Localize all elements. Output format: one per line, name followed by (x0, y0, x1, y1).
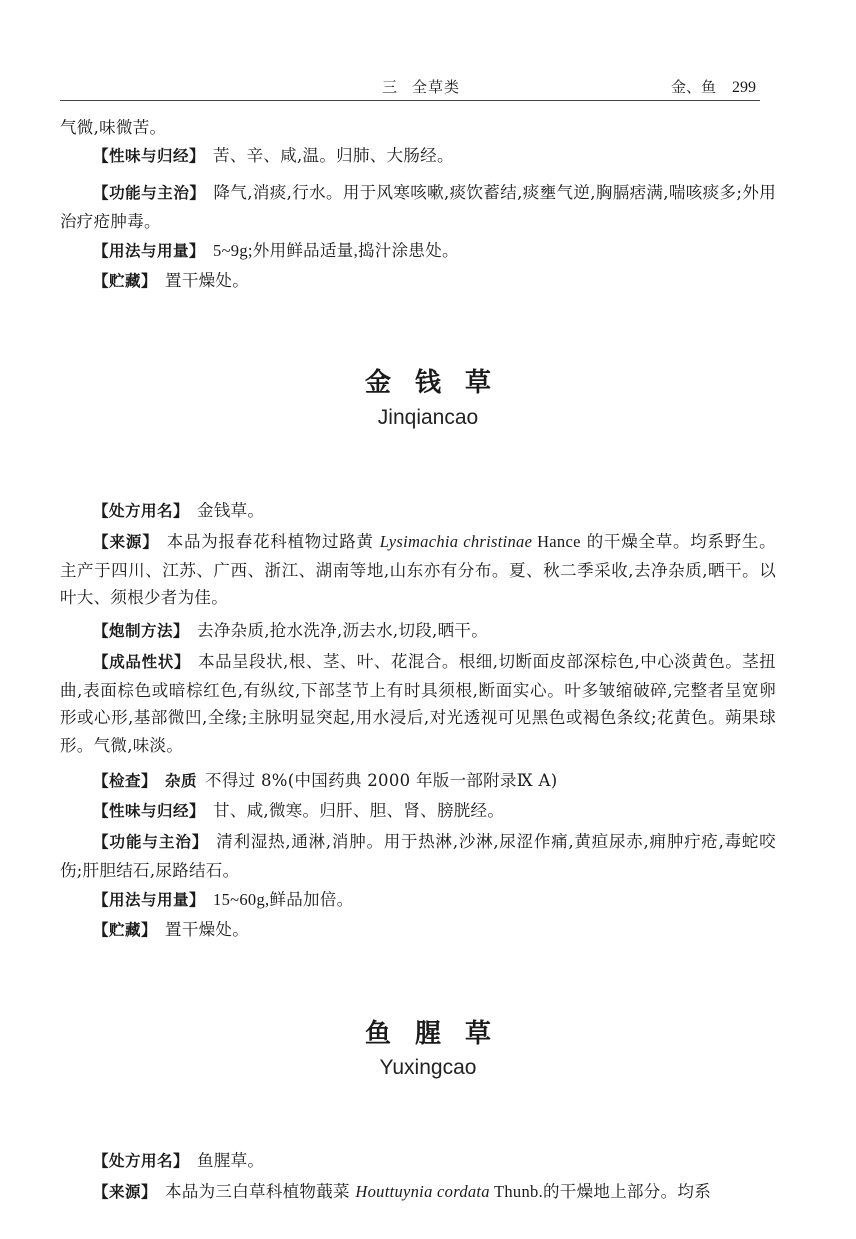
section-text: 5~9g;外用鲜品适量,捣汁涂患处。 (213, 241, 459, 260)
section-label: 【炮制方法】 (93, 622, 189, 640)
section-text: 甘、咸,微寒。归肝、胆、肾、膀胱经。 (213, 801, 504, 820)
prev-dosage-section: 【用法与用量】5~9g;外用鲜品适量,捣汁涂患处。 (60, 237, 776, 266)
entry-pinyin-yuxingcao: Yuxingcao (0, 1056, 856, 1080)
section-text: 苦、辛、咸,温。归肺、大肠经。 (213, 146, 454, 165)
processing-section: 【炮制方法】去净杂质,抢水洗净,沥去水,切段,晒干。 (60, 617, 776, 646)
dosage-section: 【用法与用量】15~60g,鲜品加倍。 (60, 886, 776, 915)
latin-name: Houttuynia cordata (355, 1182, 489, 1201)
source-text-before: 本品为三白草科植物蕺菜 (165, 1182, 355, 1201)
prev-continuation: 气微,味微苦。 (60, 114, 776, 142)
section-label: 【处方用名】 (93, 502, 189, 520)
section-label: 【性味与归经】 (93, 802, 205, 820)
latin-name: Lysimachia christinae (380, 532, 532, 551)
chapter-number: 三 (382, 78, 398, 96)
section-text: 不得过 8%(中国药典 2000 年版一部附录Ⅸ A) (205, 771, 557, 790)
chapter-title: 全草类 (412, 78, 460, 96)
prev-function-section: 【功能与主治】降气,消痰,行水。用于风寒咳嗽,痰饮蓄结,痰壅气逆,胸膈痞满,喘咳… (60, 179, 776, 235)
section-label: 【功能与主治】 (93, 184, 206, 202)
page-number: 299 (732, 79, 756, 96)
section-label: 【检查】 (93, 772, 157, 790)
section-text: 置干燥处。 (165, 271, 249, 290)
section-text: 金钱草。 (197, 501, 264, 520)
section-label: 【贮藏】 (93, 921, 157, 939)
section-text: 15~60g,鲜品加倍。 (213, 890, 353, 909)
entry-title-yuxingcao: 鱼腥草 (0, 1013, 856, 1050)
section-label: 【用法与用量】 (93, 891, 205, 909)
section-text: 鱼腥草。 (197, 1151, 264, 1170)
source-text-before: 本品为报春花科植物过路黄 (167, 532, 380, 551)
inspection-section: 【检查】杂质不得过 8%(中国药典 2000 年版一部附录Ⅸ A) (60, 767, 776, 796)
function-section: 【功能与主治】清利湿热,通淋,消肿。用于热淋,沙淋,尿涩作痛,黄疸尿赤,痈肿疔疮… (60, 828, 776, 884)
source-text-after: 的干燥地上部分。均系 (543, 1182, 711, 1201)
chapter-heading: 三全草类 (382, 76, 460, 97)
nature-section: 【性味与归经】甘、咸,微寒。归肝、胆、肾、膀胱经。 (60, 797, 776, 826)
entry-pinyin-jinqiancao: Jinqiancao (0, 406, 856, 430)
prev-storage-section: 【贮藏】置干燥处。 (60, 267, 776, 296)
section-label: 【成品性状】 (93, 653, 190, 671)
section-label: 【贮藏】 (93, 272, 157, 290)
entry-title-jinqiancao: 金钱草 (0, 362, 856, 399)
section-text: 去净杂质,抢水洗净,沥去水,切段,晒干。 (197, 621, 488, 640)
running-entries: 金、鱼 (671, 78, 716, 96)
section-label: 【性味与归经】 (93, 147, 205, 165)
running-title: 金、鱼299 (671, 76, 756, 97)
inspection-sub-label: 杂质 (165, 772, 197, 790)
section-label: 【来源】 (93, 1183, 157, 1201)
source-section: 【来源】本品为报春花科植物过路黄 Lysimachia christinae H… (60, 528, 776, 612)
section-label: 【处方用名】 (93, 1152, 189, 1170)
source-section-2: 【来源】本品为三白草科植物蕺菜 Houttuynia cordata Thunb… (60, 1178, 776, 1207)
prescription-name-section-2: 【处方用名】鱼腥草。 (60, 1147, 776, 1176)
characteristics-section: 【成品性状】本品呈段状,根、茎、叶、花混合。根细,切断面皮部深棕色,中心淡黄色。… (60, 648, 776, 759)
storage-section: 【贮藏】置干燥处。 (60, 916, 776, 945)
author-name: Thunb. (490, 1182, 543, 1201)
section-label: 【来源】 (93, 533, 159, 551)
section-text: 置干燥处。 (165, 920, 249, 939)
author-name: Hance (532, 532, 581, 551)
section-label: 【功能与主治】 (93, 833, 208, 851)
section-label: 【用法与用量】 (93, 242, 205, 260)
prev-nature-section: 【性味与归经】苦、辛、咸,温。归肺、大肠经。 (60, 142, 776, 171)
page-header: 三全草类 金、鱼299 (60, 72, 760, 101)
prescription-name-section: 【处方用名】金钱草。 (60, 497, 776, 526)
